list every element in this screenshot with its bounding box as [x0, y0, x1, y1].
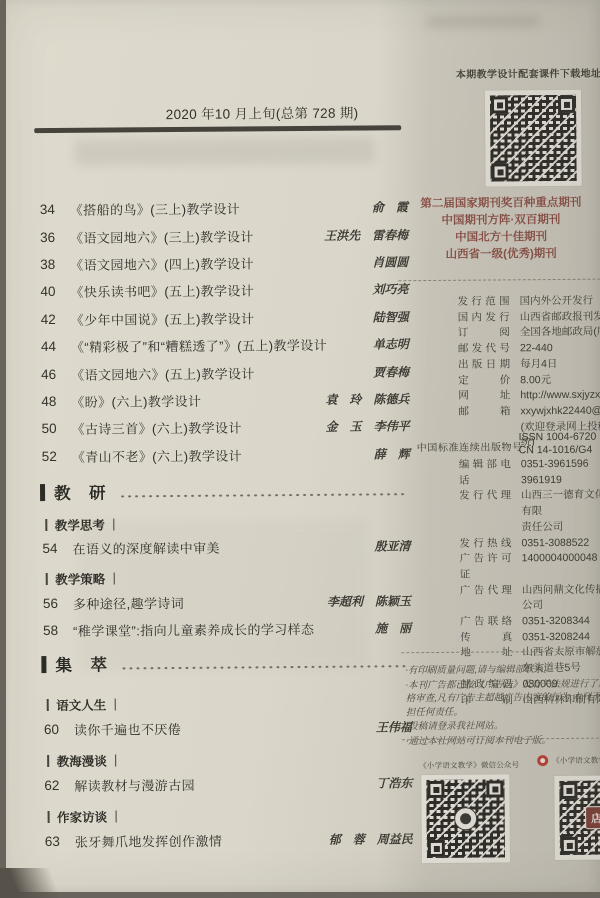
- qr-pattern: [426, 779, 505, 858]
- weidian-qr-label: 《小学语文教学》杂志微店: [552, 754, 600, 766]
- article-authors: 李超利 陈颖玉: [319, 592, 411, 610]
- article-title: 《语文园地六》(四上)教学设计: [70, 253, 254, 273]
- info-value: 1400004000048: [522, 551, 600, 568]
- page-number: 40: [40, 284, 70, 299]
- page-number: 48: [41, 394, 71, 409]
- toc-row: 52《青山不老》(六上)教学设计薛 辉: [42, 440, 410, 470]
- article-title: 《语文园地六》(三上)教学设计: [70, 226, 254, 246]
- page-number: 46: [41, 366, 71, 381]
- divider-dashed: [398, 279, 600, 282]
- showthrough-smudge: [74, 137, 374, 165]
- toc-row: 38《语文园地六》(四上)教学设计肖圆圆: [40, 248, 408, 278]
- info-row: 邮发代号22-440: [458, 341, 600, 358]
- qr-finder-icon: [558, 96, 575, 113]
- issn-number: ISSN 1004-6720: [519, 431, 597, 444]
- page-number: 44: [41, 339, 71, 354]
- article-authors: 金 玉 李伟平: [317, 417, 409, 435]
- info-label: 地址: [460, 646, 512, 662]
- weidian-qr-code: 店: [554, 775, 600, 860]
- issue-line: 2020 年10 月上旬(总第 728 期): [162, 102, 362, 124]
- article-authors: 郁 蓉 周益民: [321, 830, 413, 848]
- article-title: 《语文园地六》(五上)教学设计: [71, 363, 255, 383]
- subsection-title: 教学思考: [55, 516, 105, 534]
- info-value: 0351-3088522: [521, 535, 600, 552]
- info-label: 发行代理: [459, 489, 511, 505]
- article-title: 《古诗三首》(六上)教学设计: [71, 418, 241, 438]
- toc-row: 44《“精彩极了”和“糟糕透了”》(五上)教学设计单志明: [41, 330, 409, 360]
- subsection-title: 教海漫谈: [57, 752, 107, 770]
- article-authors: 肖圆圆: [364, 253, 408, 270]
- article-title: 读你千遍也不厌倦: [74, 719, 181, 739]
- qr-pattern: 店: [559, 780, 600, 855]
- toc-row: 42《少年中国说》(五上)教学设计陆智强: [41, 303, 409, 333]
- article-authors: 刘巧亮: [364, 281, 408, 298]
- info-row: 国内发行山西省邮政报刊发行局: [458, 309, 600, 326]
- info-row: 订阅全国各地邮政局(所): [458, 325, 600, 342]
- wechat-qr-label: 《小学语文教学》微信公众号: [419, 759, 519, 771]
- courseware-download-label: 本期教学设计配套课件下载地址: [456, 65, 600, 81]
- page-number: 63: [45, 834, 75, 849]
- subsection-bar: [115, 810, 117, 822]
- info-row: 发行代理山西三一德育文化传媒有限 责任公司: [459, 488, 600, 536]
- page-number: 50: [41, 421, 71, 436]
- subsection-title: 语文人生: [56, 696, 106, 714]
- info-value: 0351-3961596 3961919: [521, 456, 600, 488]
- info-value: xxywjxhk22440@163.com: [520, 403, 600, 420]
- weidian-shop-logo-icon: 店: [585, 806, 600, 829]
- article-title: 《青山不老》(六上)教学设计: [72, 445, 242, 465]
- toc-list: 34《搭船的鸟》(三上)教学设计俞 霞 36《语文园地六》(三上)教学设计王洪先…: [40, 193, 410, 470]
- info-value: 0351-3208244: [522, 629, 600, 646]
- subsection-teaching-strategy: 教学策略: [46, 569, 115, 588]
- courseware-qr-code: [485, 90, 582, 187]
- info-label: 传真: [460, 630, 512, 646]
- article-authors: 丁浩东: [368, 774, 412, 791]
- note-line: ·通过本社网站可订阅本刊电子版。: [406, 734, 600, 749]
- info-value: http://www.sxjyzx.net: [520, 388, 600, 405]
- page-number: 62: [44, 778, 74, 793]
- honor-line: 第二届国家期刊奖百种重点期刊: [401, 195, 600, 214]
- qr-finder-icon: [428, 840, 445, 857]
- subsection-bar: [46, 573, 48, 585]
- page-number: 60: [44, 722, 74, 737]
- note-line: ·本刊广告都已按《广告法》及有关法规进行了严格审查,凡有广告主超越广告内容的行为…: [406, 678, 600, 720]
- article-authors: 薛 辉: [366, 445, 410, 462]
- info-value: 8.00元: [520, 372, 600, 389]
- header-rule: [34, 125, 401, 132]
- qr-finder-icon: [491, 163, 508, 180]
- info-row: 发行热线0351-3088522: [459, 535, 600, 552]
- page-content: 2020 年10 月上旬(总第 728 期) 本期教学设计配套课件下载地址 第二…: [3, 0, 600, 894]
- info-value: 22-440: [520, 341, 600, 358]
- article-authors: 殷亚清: [366, 537, 410, 554]
- toc-row: 40《快乐读书吧》(五上)教学设计刘巧亮: [40, 275, 408, 305]
- subsection-writer-interview: 作家访谈: [48, 807, 117, 826]
- info-label: 网址: [458, 389, 510, 405]
- magazine-page: 2020 年10 月上旬(总第 728 期) 本期教学设计配套课件下载地址 第二…: [6, 0, 600, 892]
- qr-pattern: [490, 95, 577, 182]
- toc-row: 48《盼》(六上)教学设计袁 玲 陈德兵: [41, 385, 409, 415]
- page-number: 38: [40, 257, 70, 272]
- journal-badge-icon: [537, 755, 548, 766]
- article-title: 《搭船的鸟》(三上)教学设计: [70, 199, 240, 219]
- article-authors: 陆智强: [365, 308, 409, 325]
- info-row: 出版日期每月4日: [458, 356, 600, 373]
- article-title: 解读教材与漫游古园: [74, 775, 195, 795]
- toc-row: 63 张牙舞爪地发挥创作激情 郁 蓉 周益民: [45, 825, 413, 855]
- qr-finder-icon: [427, 781, 444, 798]
- article-title: 多种途径,趣学诗词: [73, 593, 184, 613]
- subsection-teaching-thinking: 教学思考: [45, 515, 114, 534]
- article-authors: 贾春梅: [365, 363, 409, 380]
- article-title: 《盼》(六上)教学设计: [71, 391, 201, 411]
- wechat-logo-icon: [454, 807, 477, 830]
- section-bar: [41, 656, 46, 673]
- honor-line: 中国北方十佳期刊: [401, 229, 600, 248]
- info-row: 编辑部电话0351-3961596 3961919: [459, 456, 600, 489]
- info-row: 广告联络0351-3208344: [460, 613, 600, 630]
- info-label: 邮发代号: [458, 341, 510, 357]
- toc-row: 34《搭船的鸟》(三上)教学设计俞 霞: [40, 193, 408, 223]
- toc-row: 56 多种途径,趣学诗词 李超利 陈颖玉: [43, 587, 411, 617]
- issn-values: ISSN 1004-6720 CN 14-1016/G4: [519, 431, 597, 457]
- info-row: 广告代理山西问鼎文化传播有限公司: [460, 582, 600, 615]
- info-label: 广告联络: [460, 614, 512, 630]
- info-value: 0351-3208344: [522, 613, 600, 630]
- info-row: 广告许可证1400004000048: [460, 551, 600, 584]
- qr-finder-icon: [486, 780, 503, 797]
- toc-row: 46《语文园地六》(五上)教学设计贾春梅: [41, 358, 409, 388]
- info-label: 邮箱: [458, 404, 510, 420]
- subsection-title: 教学策略: [55, 570, 105, 588]
- weidian-qr-label-row: 《小学语文教学》杂志微店: [537, 754, 600, 766]
- info-value: 山西三一德育文化传媒有限 责任公司: [521, 488, 600, 536]
- subsection-chinese-life: 语文人生: [47, 695, 116, 714]
- info-value: 山西问鼎文化传播有限公司: [522, 582, 600, 614]
- honor-line: 山西省一级(优秀)期刊: [401, 246, 600, 265]
- honor-line: 中国期刊方阵·双百期刊: [401, 212, 600, 231]
- article-authors: 单志明: [365, 335, 409, 352]
- info-row: 定价8.00元: [458, 372, 600, 389]
- note-line: ·投稿请登录我社网站。: [406, 720, 600, 735]
- photo-corner-shadow: [0, 868, 78, 898]
- section-bar: [40, 484, 45, 501]
- magazine-toc-photo: { "header": { "issue_line": "2020 年10 月上…: [0, 0, 600, 898]
- page-number: 42: [41, 312, 71, 327]
- section-research: 教 研: [40, 477, 408, 504]
- subsection-bar: [48, 811, 50, 823]
- page-number: 56: [43, 596, 73, 611]
- subsection-bar: [47, 755, 49, 767]
- page-number: 34: [40, 202, 70, 217]
- info-label: 发行热线: [459, 536, 511, 552]
- info-label: 国内发行: [458, 310, 510, 326]
- info-label: 编辑部电话: [459, 457, 511, 489]
- info-value: 每月4日: [520, 356, 600, 373]
- subsection-title: 作家访谈: [57, 808, 107, 826]
- section-title: 教 研: [54, 480, 107, 504]
- page-number: 36: [40, 229, 70, 244]
- publication-info: 发行范围国内外公开发行 国内发行山西省邮政报刊发行局 订阅全国各地邮政局(所) …: [458, 293, 600, 451]
- toc-row: 62 解读教材与漫游古园 丁浩东: [44, 769, 412, 799]
- info-row: 网址http://www.sxjyzx.net: [458, 388, 600, 405]
- info-row: 传真0351-3208244: [460, 629, 600, 646]
- section-digest: 集 萃: [41, 649, 409, 676]
- info-label: 出版日期: [458, 357, 510, 373]
- toc-row: 36《语文园地六》(三上)教学设计王洪先 雷春梅: [40, 221, 408, 251]
- info-label: 发行范围: [458, 294, 510, 310]
- qr-finder-icon: [560, 782, 577, 799]
- article-authors: 袁 玲 陈德兵: [317, 390, 409, 408]
- section-title: 集 萃: [55, 652, 108, 676]
- subsection-bar: [115, 754, 117, 766]
- info-value: 全国各地邮政局(所): [520, 325, 600, 342]
- article-title: 《快乐读书吧》(五上)教学设计: [70, 281, 254, 301]
- info-value: 国内外公开发行: [520, 293, 600, 310]
- subsection-teaching-sea-talk: 教海漫谈: [47, 751, 116, 770]
- info-row: 邮箱xxywjxhk22440@163.com: [458, 403, 600, 420]
- info-value: 山西省邮政报刊发行局: [520, 309, 600, 326]
- subsection-bar: [113, 572, 115, 584]
- page-number: 54: [42, 541, 72, 556]
- toc-row: 50《古诗三首》(六上)教学设计金 玉 李伟平: [41, 412, 409, 442]
- page-number: 58: [43, 623, 73, 638]
- qr-finder-icon: [561, 837, 578, 854]
- article-authors: 王洪先 雷春梅: [316, 226, 408, 244]
- qr-finder-icon: [491, 96, 508, 113]
- info-label: 广告许可证: [460, 552, 512, 584]
- toc-row: 60 读你千遍也不厌倦 王伟福: [44, 713, 412, 743]
- showthrough-smudge: [427, 16, 539, 27]
- subsection-bar: [114, 698, 116, 710]
- subsection-bar: [47, 699, 49, 711]
- journal-honors: 第二届国家期刊奖百种重点期刊 中国期刊方阵·双百期刊 中国北方十佳期刊 山西省一…: [401, 195, 600, 265]
- info-label: 订阅: [458, 326, 510, 342]
- info-row: 发行范围国内外公开发行: [458, 293, 600, 310]
- article-title: 《少年中国说》(五上)教学设计: [71, 308, 255, 328]
- article-title: 在语义的深度解读中审美: [72, 538, 220, 558]
- note-line: ·有印刷质量问题,请与编辑部联系。: [405, 664, 600, 679]
- issn-label: 中国标准连续出版物号: [417, 438, 523, 454]
- page-number: 52: [42, 449, 72, 464]
- info-label: 定价: [458, 373, 510, 389]
- article-title: 张牙舞爪地发挥创作激情: [75, 831, 223, 851]
- subsection-bar: [45, 519, 47, 531]
- cn-number: CN 14-1016/G4: [519, 443, 597, 456]
- info-label: 广告代理: [460, 583, 512, 599]
- article-authors: 俞 霞: [364, 198, 408, 215]
- toc-row: 58 “稚学课堂”:指向儿童素养成长的学习样态 施 丽: [43, 614, 411, 644]
- wechat-qr-code: [421, 774, 510, 863]
- article-title: 《“精彩极了”和“糟糕透了”》(五上)教学设计: [71, 335, 327, 356]
- toc-row: 54 在语义的深度解读中审美 殷亚清: [42, 532, 410, 562]
- article-authors: 施 丽: [367, 619, 411, 636]
- dotted-leader: [119, 493, 409, 497]
- subsection-bar: [113, 518, 115, 530]
- dotted-leader: [120, 665, 410, 669]
- article-title: “稚学课堂”:指向儿童素养成长的学习样态: [73, 619, 314, 640]
